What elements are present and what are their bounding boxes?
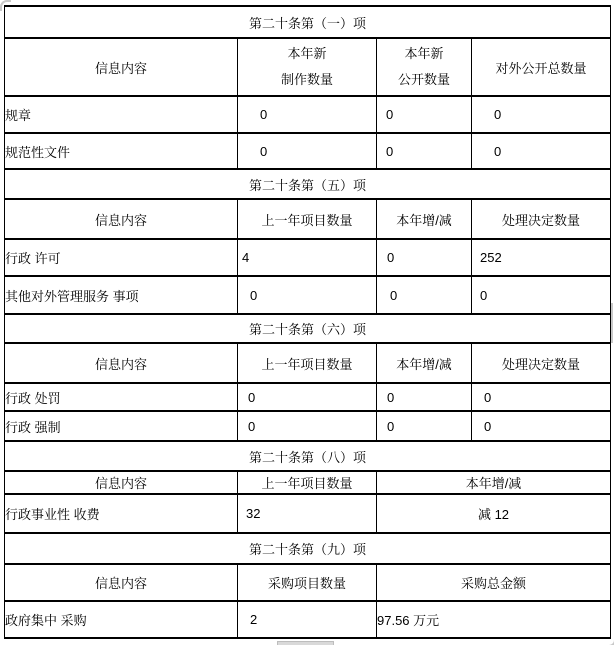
row-label: 行政 许可 [5, 239, 238, 276]
section-1-header-new-made: 本年新 制作数量 [238, 38, 377, 96]
section-5-header-info-content: 信息内容 [5, 564, 238, 601]
row-label: 行政事业性 收费 [5, 494, 238, 533]
cell-value: 0 [472, 383, 611, 411]
overlay-edge-right [611, 303, 613, 343]
table-row: 行政 许可 4 0 252 [5, 239, 611, 276]
cell-value: 0 [377, 383, 472, 411]
cell-value: 0 [472, 276, 611, 314]
cell-value: 252 [472, 239, 611, 276]
section-1-header-new-published: 本年新 公开数量 [377, 38, 472, 96]
section-3-header-info-content: 信息内容 [5, 343, 238, 383]
cell-value: 32 [238, 494, 377, 533]
table-row: 政府集中 采购 2 97.56 万元 [5, 601, 611, 638]
cell-value: 0 [238, 383, 377, 411]
cell-value: 4 [238, 239, 377, 276]
page: { "colors": { "border": "#000000", "back… [0, 0, 614, 645]
cell-value: 0 [377, 239, 472, 276]
cell-value: 0 [377, 133, 472, 169]
cell-value: 0 [238, 96, 377, 133]
cell-value: 0 [377, 96, 472, 133]
table-row: 规范性文件 0 0 0 [5, 133, 611, 169]
section-1-header-total-public: 对外公开总数量 [472, 38, 611, 96]
section-3-header-lastyear-count: 上一年项目数量 [238, 343, 377, 383]
scroll-indicator-bottom [277, 641, 334, 645]
cell-value: 0 [472, 411, 611, 441]
header-line: 制作数量 [238, 67, 376, 93]
header-line: 公开数量 [377, 67, 471, 93]
section-1-title: 第二十条第（一）项 [5, 6, 611, 38]
table-row: 规章 0 0 0 [5, 96, 611, 133]
row-label: 行政 强制 [5, 411, 238, 441]
section-5-header-procurement-count: 采购项目数量 [238, 564, 377, 601]
section-2-header-info-content: 信息内容 [5, 199, 238, 239]
cell-value: 2 [238, 601, 377, 638]
row-label: 行政 处罚 [5, 383, 238, 411]
section-2-header-lastyear-count: 上一年项目数量 [238, 199, 377, 239]
row-label: 规章 [5, 96, 238, 133]
cell-value: 0 [472, 96, 611, 133]
cell-value: 0 [238, 133, 377, 169]
section-2-title: 第二十条第（五）项 [5, 169, 611, 199]
section-1-header-info-content: 信息内容 [5, 38, 238, 96]
cell-value: 减 12 [377, 494, 611, 533]
cell-value: 0 [238, 276, 377, 314]
cell-value: 0 [472, 133, 611, 169]
section-4-header-change: 本年增/减 [377, 471, 611, 494]
row-label: 其他对外管理服务 事项 [5, 276, 238, 314]
section-3-header-decisions: 处理决定数量 [472, 343, 611, 383]
section-2-header-decisions: 处理决定数量 [472, 199, 611, 239]
cell-value: 97.56 万元 [377, 601, 611, 638]
table-row: 行政 处罚 0 0 0 [5, 383, 611, 411]
section-3-title: 第二十条第（六）项 [5, 314, 611, 343]
cell-value: 0 [377, 411, 472, 441]
section-4-title: 第二十条第（八）项 [5, 441, 611, 471]
section-3-header-change: 本年增/减 [377, 343, 472, 383]
cell-value: 0 [238, 411, 377, 441]
row-label: 政府集中 采购 [5, 601, 238, 638]
disclosure-report-table: 第二十条第（一）项 信息内容 本年新 制作数量 本年新 公开数量 对外公开总数量… [4, 5, 611, 639]
cell-value: 0 [377, 276, 472, 314]
table-row: 行政 强制 0 0 0 [5, 411, 611, 441]
section-5-header-procurement-total: 采购总金额 [377, 564, 611, 601]
table-row: 行政事业性 收费 32 减 12 [5, 494, 611, 533]
table-row: 其他对外管理服务 事项 0 0 0 [5, 276, 611, 314]
section-4-header-info-content: 信息内容 [5, 471, 238, 494]
header-line: 本年新 [238, 41, 376, 67]
row-label: 规范性文件 [5, 133, 238, 169]
header-line: 本年新 [377, 41, 471, 67]
section-5-title: 第二十条第（九）项 [5, 533, 611, 564]
section-4-header-lastyear-count: 上一年项目数量 [238, 471, 377, 494]
section-2-header-change: 本年增/减 [377, 199, 472, 239]
